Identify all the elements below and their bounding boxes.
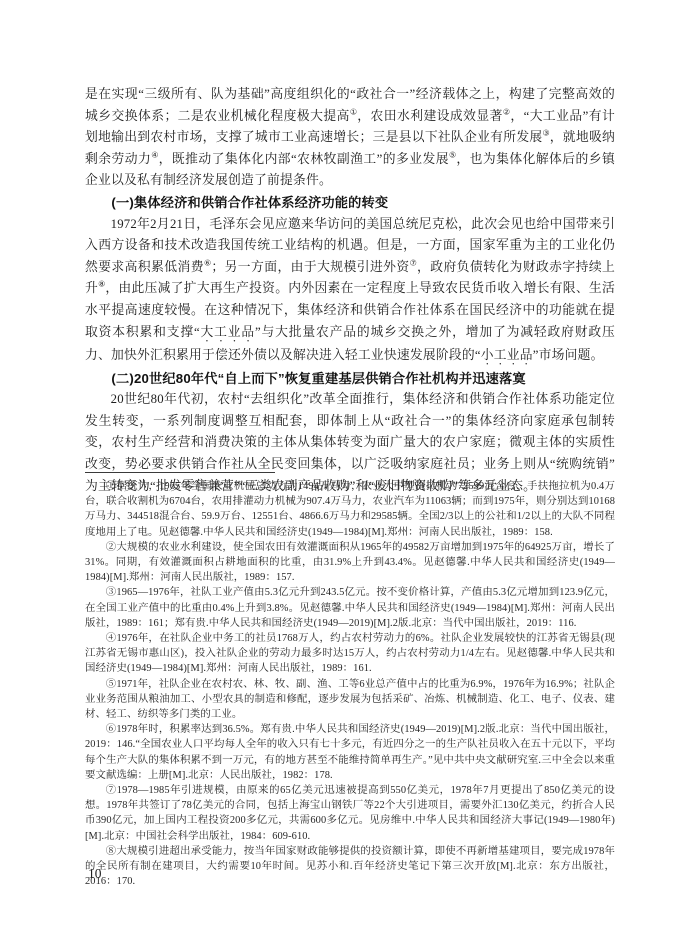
emphasized-term: 小工业品 bbox=[481, 348, 533, 362]
footnote-ref: ① bbox=[350, 107, 357, 116]
footnote-item-1: ①据统计，1965年全国农业机械总动力为1494万马力，农业大中型拖拉机为725… bbox=[85, 479, 615, 540]
footnote-item-8: ⑧大规模引进超出承受能力，按当年国家财政能够提供的投资额计算，即使不再新增基建项… bbox=[85, 844, 615, 890]
section-heading-2: (二)20世纪80年代“自上而下”恢复重建基层供销合作社机构并迅速落寞 bbox=[85, 368, 615, 390]
footnote-item-4: ④1976年，在社队企业中务工的社员1768万人，约占农村劳动力的6%。社队企业… bbox=[85, 631, 615, 677]
footnote-item-5: ⑤1971年，社队企业在农村农、林、牧、副、渔、工等6业总产值中占的比重为6.9… bbox=[85, 677, 615, 723]
footnote-ref: ④ bbox=[151, 151, 158, 160]
footnote-ref: ⑧ bbox=[98, 280, 105, 289]
footnotes-section: ①据统计，1965年全国农业机械总动力为1494万马力，农业大中型拖拉机为725… bbox=[85, 472, 615, 889]
page-number: 10 bbox=[88, 866, 102, 882]
footnote-ref: ⑤ bbox=[449, 151, 456, 160]
body-text: 是在实现“三级所有、队为基础”高度组织化的“政社合一”经济载体之上，构建了完整高… bbox=[85, 84, 615, 497]
paragraph-continuation: 是在实现“三级所有、队为基础”高度组织化的“政社合一”经济载体之上，构建了完整高… bbox=[85, 84, 615, 192]
footnote-item-2: ②大规模的农业水利建设，使全国农田有效灌溉面积从1965年的49582万亩增加到… bbox=[85, 540, 615, 586]
footnote-item-6: ⑥1978年时，积累率达到36.5%。郑有贵.中华人民共和国经济史(1949—2… bbox=[85, 722, 615, 783]
footnote-ref: ⑥ bbox=[204, 258, 211, 267]
document-page: 是在实现“三级所有、队为基础”高度组织化的“政社合一”经济载体之上，构建了完整高… bbox=[0, 0, 700, 943]
footnote-item-3: ③1965—1976年，社队工业产值由5.3亿元升到243.5亿元。按不变价格计… bbox=[85, 585, 615, 631]
footnote-ref: ③ bbox=[542, 129, 549, 138]
section-heading-1: (一)集体经济和供销合作社体系经济功能的转变 bbox=[85, 192, 615, 214]
footnote-separator bbox=[85, 472, 275, 473]
footnote-item-7: ⑦1978—1985年引进规模，由原来的65亿美元迅速被提高到550亿美元，19… bbox=[85, 783, 615, 844]
footnote-ref: ⑦ bbox=[410, 258, 417, 267]
emphasized-term: 大工业品 bbox=[200, 325, 255, 339]
footnote-ref: ② bbox=[503, 107, 510, 116]
paragraph-1: 1972年2月21日，毛泽东会见应邀来华访问的美国总统尼克松，此次会见也给中国带… bbox=[85, 214, 615, 368]
